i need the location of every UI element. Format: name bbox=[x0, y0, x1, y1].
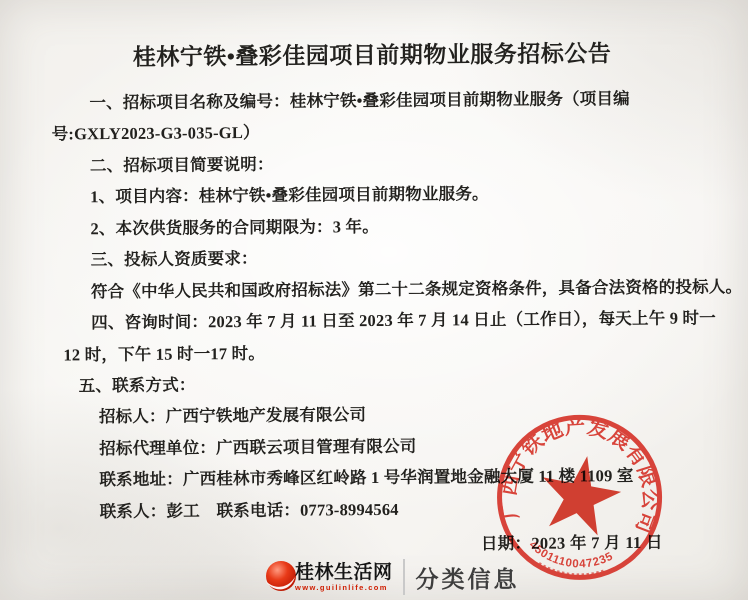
document-title: 桂林宁铁•叠彩佳园项目前期物业服务招标公告 bbox=[0, 34, 746, 73]
guilinlife-watermark: 桂林生活网 www.guilinlife.com 分类信息 bbox=[263, 554, 520, 600]
site-name: 桂林生活网 bbox=[295, 562, 393, 583]
logo-text-block: 桂林生活网 www.guilinlife.com bbox=[295, 562, 393, 592]
site-url: www.guilinlife.com bbox=[295, 583, 393, 592]
seal-star-icon bbox=[534, 449, 626, 538]
svg-text:4501110047235: 4501110047235 bbox=[525, 538, 617, 575]
logo-divider bbox=[403, 559, 405, 595]
scanned-document-page: 桂林宁铁•叠彩佳园项目前期物业服务招标公告 一、招标项目名称及编号：桂林宁铁•叠… bbox=[0, 0, 748, 600]
seal-number-text: 4501110047235 bbox=[525, 538, 617, 575]
document-body: 桂林宁铁•叠彩佳园项目前期物业服务招标公告 一、招标项目名称及编号：桂林宁铁•叠… bbox=[0, 0, 748, 600]
doc-line: 四、咨询时间：2023 年 7 月 11 日至 2023 年 7 月 14 日止… bbox=[53, 302, 743, 339]
classified-info-label: 分类信息 bbox=[416, 561, 520, 594]
logo-sphere-icon bbox=[263, 558, 299, 596]
